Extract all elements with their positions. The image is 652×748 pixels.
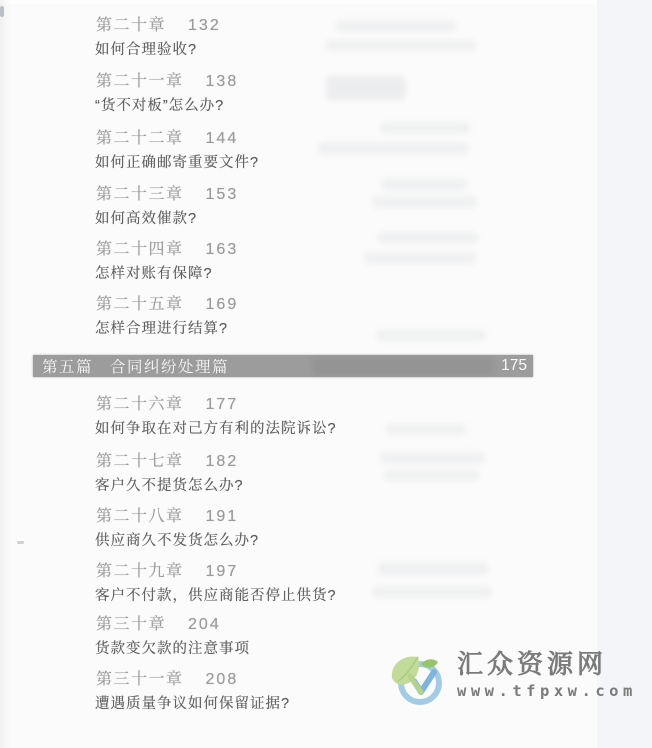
chapter-page-number: 169 [206,296,239,313]
toc-entry: 第二十四章163 怎样对账有保障? [96,241,556,282]
chapter-page-number: 208 [206,671,239,688]
toc-entry: 第二十六章177 如何争取在对己方有利的法院诉讼? [96,396,556,437]
toc-entry: 第二十八章191 供应商久不发货怎么办? [96,508,556,549]
chapter-question: 客户不付款，供应商能否停止供货? [95,588,556,604]
watermark-site-name: 汇众资源网 [457,650,637,680]
toc-entry: 第二十章132 如何合理验收? [96,17,556,58]
chapter-page-number: 177 [206,396,239,413]
chapter-question: 如何正确邮寄重要文件? [95,155,556,171]
chapter-page-number: 132 [188,17,221,34]
chapter-heading: 第二十八章191 [96,508,556,525]
chapter-question: 供应商久不发货怎么办? [95,533,556,549]
chapter-label: 第二十九章 [96,563,184,580]
chapter-heading: 第二十三章153 [96,186,556,203]
chapter-label: 第三十章 [96,616,166,633]
chapter-label: 第二十二章 [96,130,184,147]
chapter-page-number: 138 [206,73,239,90]
chapter-heading: 第二十五章169 [96,296,556,313]
chapter-page-number: 191 [206,508,239,525]
chapter-page-number: 197 [206,563,239,580]
chapter-question: 如何高效催款? [95,211,556,227]
chapter-label: 第二十六章 [96,396,184,413]
toc-entry: 第二十三章153 如何高效催款? [96,186,556,227]
chapter-label: 第二十七章 [96,453,184,470]
chapter-question: 如何争取在对己方有利的法院诉讼? [95,421,556,437]
chapter-label: 第三十一章 [96,671,184,688]
chapter-question: 怎样合理进行结算? [95,321,556,337]
chapter-heading: 第二十二章144 [96,130,556,147]
chapter-page-number: 153 [206,186,239,203]
toc-entry: 第二十二章144 如何正确邮寄重要文件? [96,130,556,171]
chapter-page-number: 182 [206,453,239,470]
page-left-edge-shading [0,0,12,748]
chapter-label: 第二十八章 [96,508,184,525]
right-margin-strip [597,0,652,748]
chapter-heading: 第二十九章197 [96,563,556,580]
chapter-label: 第二十四章 [96,241,184,258]
section-banner: 第五篇 合同纠纷处理篇 175 [33,355,533,377]
chapter-page-number: 204 [188,616,221,633]
chapter-heading: 第二十七章182 [96,453,556,470]
chapter-question: 怎样对账有保障? [95,266,556,282]
chapter-page-number: 163 [206,241,239,258]
section-banner-title: 第五篇 合同纠纷处理篇 [42,355,229,377]
page-top-edge [0,0,597,4]
chapter-heading: 第二十一章138 [96,73,556,90]
chapter-heading: 第二十四章163 [96,241,556,258]
chapter-question: 客户久不提货怎么办? [95,478,556,494]
chapter-heading: 第三十章204 [96,616,556,633]
scan-artifact [0,6,4,17]
toc-entry: 第二十一章138 “货不对板”怎么办? [96,73,556,114]
scan-smudge [313,357,493,375]
leaf-checkmark-logo-icon [388,652,448,708]
watermark-site-url: www.tfpxw.com [457,682,637,700]
section-banner-page-number: 175 [501,357,527,375]
chapter-label: 第二十一章 [96,73,184,90]
chapter-page-number: 144 [206,130,239,147]
chapter-label: 第二十章 [96,17,166,34]
chapter-question: 如何合理验收? [95,42,556,58]
scan-artifact [17,541,24,544]
chapter-label: 第二十三章 [96,186,184,203]
toc-entry: 第二十七章182 客户久不提货怎么办? [96,453,556,494]
watermark: 汇众资源网 www.tfpxw.com [388,650,628,710]
chapter-heading: 第二十六章177 [96,396,556,413]
toc-entry: 第二十五章169 怎样合理进行结算? [96,296,556,337]
chapter-label: 第二十五章 [96,296,184,313]
chapter-question: “货不对板”怎么办? [95,98,556,114]
chapter-heading: 第二十章132 [96,17,556,34]
toc-entry: 第二十九章197 客户不付款，供应商能否停止供货? [96,563,556,604]
